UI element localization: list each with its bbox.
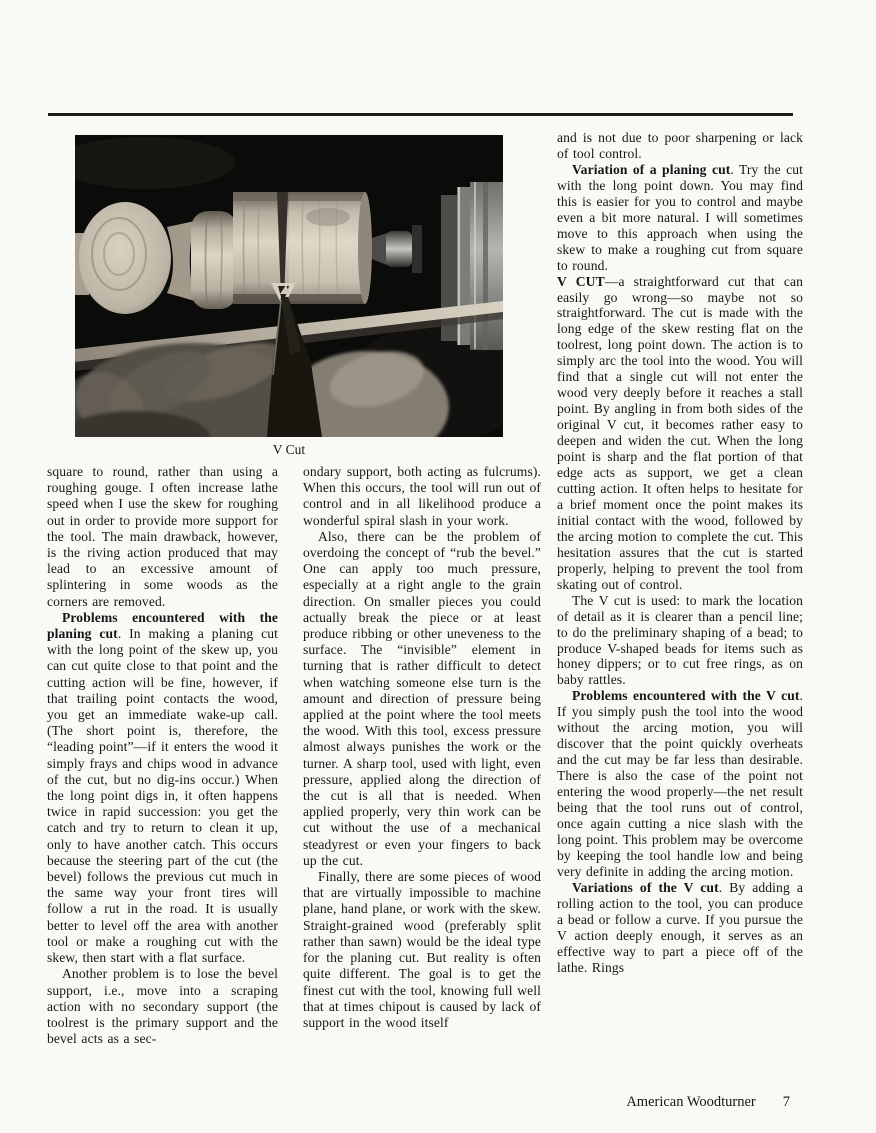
page-footer: American Woodturner7 — [557, 1094, 790, 1111]
runin-heading: Problems encountered with the planing cu… — [47, 610, 278, 641]
text-column-left: square to round, rather than using a rou… — [47, 464, 278, 1114]
paragraph: The V cut is used: to mark the location … — [557, 593, 803, 689]
journal-title: American Woodturner — [626, 1094, 755, 1110]
page-number: 7 — [783, 1094, 790, 1110]
paragraph: Also, there can be the problem of overdo… — [303, 529, 541, 869]
text-column-middle: ondary support, both acting as fulcrums)… — [303, 464, 541, 1114]
paragraph: and is not due to poor sharpening or lac… — [557, 130, 803, 162]
paragraph: Variations of the V cut. By adding a rol… — [557, 880, 803, 976]
lathe-photo-illustration — [75, 135, 503, 437]
runin-heading: Variations of the V cut — [572, 880, 719, 895]
paragraph: Problems encountered with the V cut. If … — [557, 688, 803, 879]
runin-heading: V CUT — [557, 274, 605, 289]
paragraph: Another problem is to lose the bevel sup… — [47, 966, 278, 1047]
runin-heading: Problems encountered with the V cut — [572, 688, 800, 703]
lathe-photo — [75, 135, 503, 437]
header-rule — [48, 113, 793, 116]
paragraph: Variation of a planing cut. Try the cut … — [557, 162, 803, 274]
text-column-right: and is not due to poor sharpening or lac… — [557, 130, 803, 1092]
paragraph: Problems encountered with the planing cu… — [47, 610, 278, 966]
runin-heading: Variation of a planing cut — [572, 162, 730, 177]
paragraph: ondary support, both acting as fulcrums)… — [303, 464, 541, 529]
paragraph: V CUT—a straightforward cut that can eas… — [557, 274, 803, 593]
paragraph: Finally, there are some pieces of wood t… — [303, 869, 541, 1031]
paragraph: square to round, rather than using a rou… — [47, 464, 278, 610]
figure-caption: V Cut — [75, 441, 503, 458]
